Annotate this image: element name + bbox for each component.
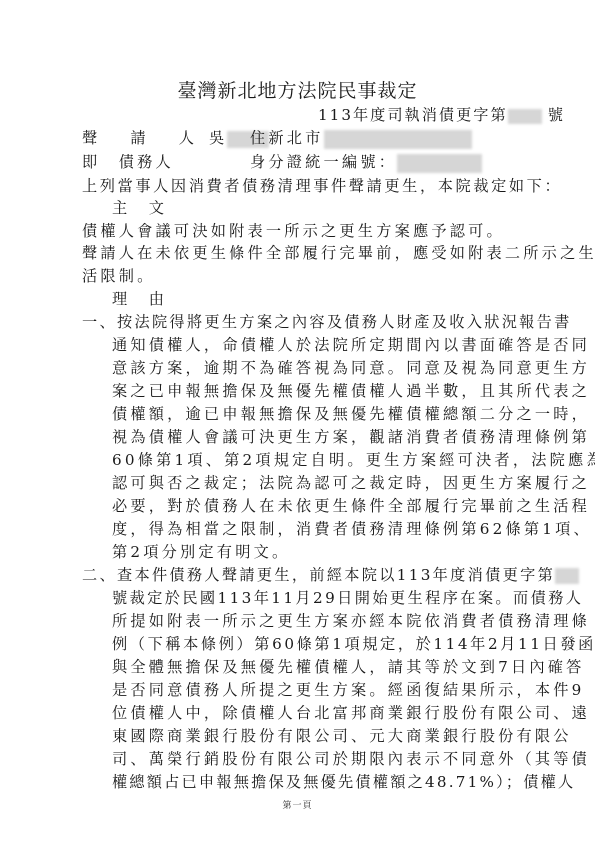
reason-1-line: 案之已申報無擔保及無優先權債權人過半數，且其所代表之 [112, 379, 590, 403]
main-heading: 主 文 [112, 196, 167, 220]
id-row: 身分證統一編號： [250, 150, 482, 174]
reason-2-line: 與全體無擔保及無優先權債權人，請其等於文到7日內確答 [112, 655, 585, 679]
redacted-id-number [397, 154, 482, 173]
reason-2-line: 權總額占已申報無擔保及無優先債權額之48.71%）；債權人 [112, 770, 575, 794]
reason-2-line: 號裁定於民國113年11月29日開始更生程序在案。而債務人 [112, 586, 583, 610]
address-row: 住新北市 [250, 126, 472, 150]
reason-1-line: 認可與否之裁定；法院為認可之裁定時，因更生方案履行之 [112, 471, 590, 495]
debtor-label: 即 債務人 [82, 150, 174, 174]
reason-1-line: 意該方案，逾期不為確答視為同意。同意及視為同意更生方 [112, 356, 590, 380]
reason-heading: 理 由 [112, 287, 167, 311]
reason-1-line: 第2項分別定有明文。 [112, 540, 290, 564]
intro-text: 上列當事人因消費者債務清理事件聲請更生，本院裁定如下： [82, 174, 562, 198]
reason-2-line: 是否同意債務人所提之更生方案。經函復結果所示，本件9 [112, 678, 585, 702]
reason-2-line: 二、查本件債務人聲請更生，前經本院以113年度消債更字第 [82, 563, 579, 587]
reason-2-line: 位債權人中，除債權人台北富邦商業銀行股份有限公司、遠 [112, 701, 590, 725]
reason-2-line: 所提如附表一所示之更生方案亦經本院依消費者債務清理條 [112, 609, 590, 633]
reason-1-line: 60條第1項、第2項規定自明。更生方案經可決者，法院應為 [112, 448, 595, 472]
reason-2-line: 例（下稱本條例）第60條第1項規定，於114年2月11日發函 [112, 632, 595, 656]
reason-1-line: 債權額，逾已申報無擔保及無優先權債權總額二分之一時， [112, 402, 590, 426]
applicant-row: 聲 請 人吳 [82, 126, 269, 150]
case-number: 113年度司執消債更字第號 [318, 103, 565, 127]
redacted-address [324, 130, 472, 149]
reason-1-line: 必要，對於債務人在未依更生條件全部履行完畢前之生活程 [112, 494, 590, 518]
reason-2-line: 東國際商業銀行股份有限公司、元大商業銀行股份有限公 [112, 724, 572, 748]
main-line: 債權人會議可決如附表一所示之更生方案應予認可。 [82, 219, 505, 243]
main-line: 活限制。 [82, 264, 156, 288]
redacted-case-number [508, 109, 542, 124]
reason-2-line: 司、萬榮行銷股份有限公司於期限內表示不同意外（其等債 [112, 747, 590, 771]
page-number: 第一頁 [0, 798, 595, 811]
reason-1-line: 度，得為相當之限制，消費者債務清理條例第62條第1項、 [112, 517, 592, 541]
reason-1-line: 通知債權人，命債權人於法院所定期間內以書面確答是否同 [112, 333, 590, 357]
document-title: 臺灣新北地方法院民事裁定 [0, 76, 595, 103]
reason-1-line: 視為債權人會議可決更生方案，觀諸消費者債務清理條例第 [112, 425, 590, 449]
main-line: 聲請人在未依更生條件全部履行完畢前，應受如附表二所示之生 [82, 241, 595, 265]
redacted-case-number [555, 568, 579, 584]
reason-1-line: 一、按法院得將更生方案之內容及債務人財產及收入狀況報告書 [82, 310, 572, 334]
